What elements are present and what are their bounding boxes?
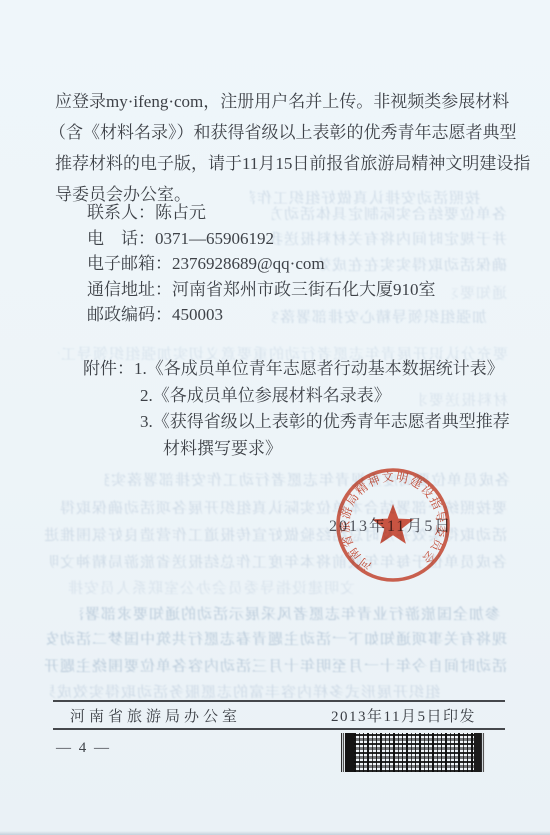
body-paragraph-line: 应登录my·ifeng·com，注册用户名并上传。非视频类参展材料	[55, 86, 515, 117]
contact-address-line: 通信地址：河南省郑州市政三街石化大厦910室	[87, 277, 507, 303]
contact-block: 联系人：陈占元 电 话：0371—65906192 电子邮箱：237692868…	[87, 200, 507, 328]
attachment-line: 3.《获得省级以上表彰的优秀青年志愿者典型推荐	[140, 409, 520, 436]
contact-person-line: 联系人：陈占元	[87, 200, 507, 226]
bleedthrough-line: 活动时间自今年十一月至明年十月三活动内容各单位要围绕主题开展	[45, 655, 507, 672]
barcode-image	[345, 733, 481, 772]
contact-email-line: 电子邮箱：2376928689@qq·com	[87, 251, 507, 277]
attachment-line: 附件：1.《各成员单位青年志愿者行动基本数据统计表》	[83, 356, 520, 383]
footer-rule-bottom	[53, 728, 505, 730]
body-paragraph-line: 推荐材料的电子版，请于11月15日前报省旅游局精神文明建设指	[55, 148, 515, 179]
bleedthrough-line: 参加全国旅游行业青年志愿者风采展示活动的通知要求部署落实	[80, 603, 500, 620]
official-seal: 河南省旅游局精神文明建设指导委员会	[333, 465, 453, 585]
body-paragraph: 应登录my·ifeng·com，注册用户名并上传。非视频类参展材料 （含《材料名…	[55, 86, 515, 210]
contact-phone-line: 电 话：0371—65906192	[87, 226, 507, 252]
bleedthrough-line: 文明建设指导委员会办公室联系人员安排	[55, 577, 355, 594]
attachment-line: 2.《各成员单位参展材料名录表》	[140, 383, 520, 410]
seal-star-icon	[372, 504, 414, 544]
footer-office-name: 河南省旅游局办公室	[70, 705, 241, 726]
bleedthrough-line: 组织开展形式多样内容丰富的志愿服务活动取得实效成果	[50, 681, 440, 698]
attachments-block: 附件：1.《各成员单位青年志愿者行动基本数据统计表》 2.《各成员单位参展材料名…	[0, 356, 520, 462]
body-paragraph-line: （含《材料名录》）和获得省级以上表彰的优秀青年志愿者典型	[49, 117, 515, 148]
contact-postcode-line: 邮政编码：450003	[87, 302, 507, 328]
footer-print-date: 2013年11月5日印发	[331, 705, 476, 726]
scanned-document-page: 按照活动安排认真做好组织工作落实要求 各单位要结合实际制定具体活动方案部署 并于…	[0, 0, 550, 835]
footer-rule-top	[53, 700, 505, 702]
bleedthrough-line: 现将有关事项通知如下一活动主题青春志愿行共筑中国梦二活动安排	[47, 628, 507, 645]
attachment-line: 材料撰写要求》	[163, 436, 520, 463]
page-number: — 4 —	[56, 740, 111, 757]
